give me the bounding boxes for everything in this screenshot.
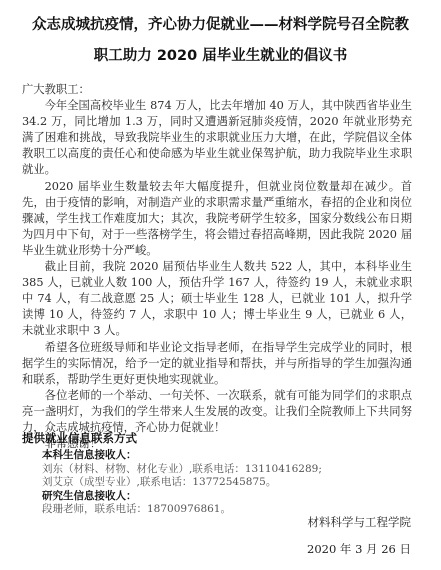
grad-contact-heading: 研究生信息接收人： [42,490,322,504]
signature-date: 2020 年 3 月 26 日 [307,541,411,557]
contact-heading: 提供就业信息联系方式 [22,430,137,446]
salutation: 广大教职工： [22,82,412,98]
contact-block: 本科生信息接收人： 刘东（材料、材物、材化专业）,联系电话：1311041628… [42,449,322,517]
undergrad-contact-1: 刘东（材料、材物、材化专业）,联系电话：13110416289; [42,463,322,477]
letter-body: 广大教职工： 今年全国高校毕业生 874 万人，比去年增加 40 万人，其中陕西… [22,82,412,452]
signature-organization: 材料科学与工程学院 [308,514,412,530]
paragraph-request: 希望各位班级导师和毕业论文指导老师，在指导学生完成学业的同时，根据学生的实际情况… [22,340,412,388]
undergrad-contact-2: 刘艾京（成型专业）,联系电话：13772545875。 [42,476,322,490]
document-title-line-1: 众志成城抗疫情，齐心协力促就业——材料学院号召全院教 [0,13,441,34]
paragraph-appeal: 各位老师的一个举动、一句关怀、一次联系，就有可能为同学们的求职点亮一盏明灯，为我… [22,388,412,436]
paragraph-situation: 2020 届毕业生数量较去年大幅度提升，但就业岗位数量却在减少。首先，由于疫情的… [22,179,412,259]
paragraph-background: 今年全国高校毕业生 874 万人，比去年增加 40 万人，其中陕西省毕业生 34… [22,98,412,178]
undergrad-contact-heading: 本科生信息接收人： [42,449,322,463]
document-title-line-2: 职工助力 2020 届毕业生就业的倡议书 [0,44,441,65]
paragraph-statistics: 截止目前，我院 2020 届预估毕业生人数共 522 人，其中，本科毕业生 38… [22,259,412,339]
grad-contact-1: 段珊老师，联系电话：18700976861。 [42,503,322,517]
